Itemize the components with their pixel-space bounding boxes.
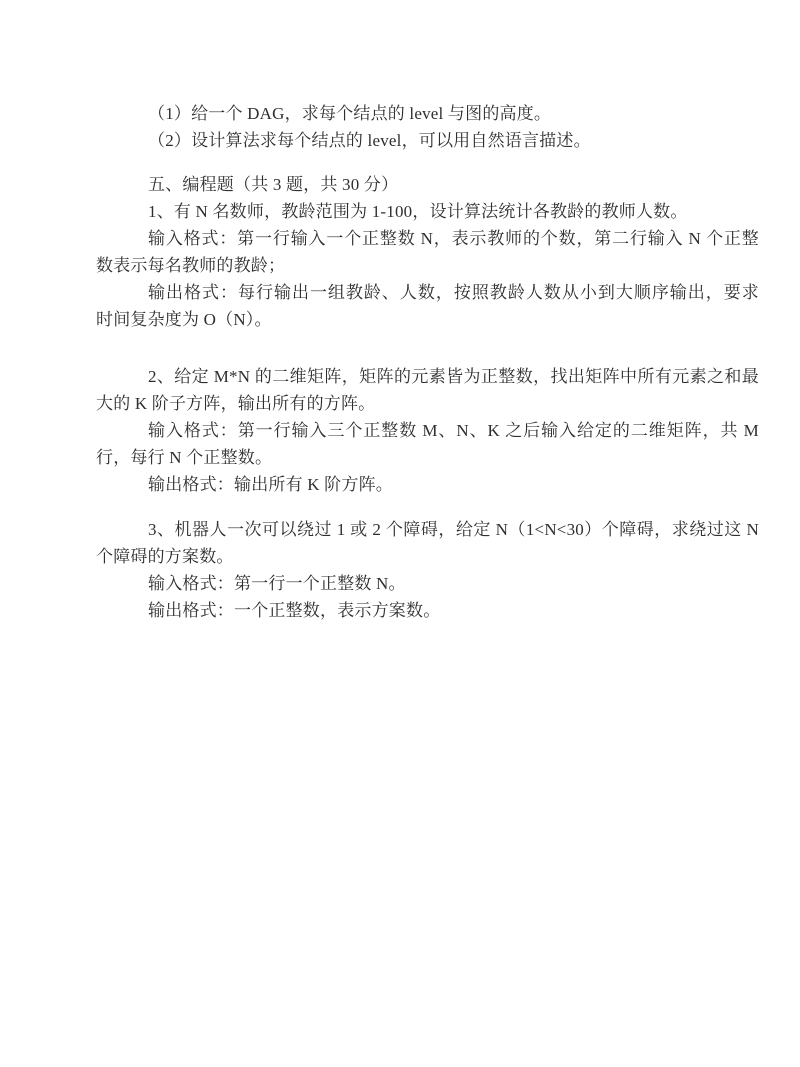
q3-line-2: 个障碍的方案数。: [96, 543, 707, 570]
q1-line-5: 时间复杂度为 O（N）。: [96, 306, 707, 333]
sub-item-1: （1）给一个 DAG，求每个结点的 level 与图的高度。: [96, 100, 759, 127]
q3-line-1: 3、机器人一次可以绕过 1 或 2 个障碍，给定 N（1<N<30）个障碍，求绕…: [96, 516, 759, 543]
q1-line-3: 数表示每名教师的教龄；: [96, 252, 707, 279]
q1-line-2: 输入格式：第一行输入一个正整数 N，表示教师的个数，第二行输入 N 个正整: [96, 225, 759, 252]
q1-line-1: 1、有 N 名数师，教龄范围为 1-100，设计算法统计各教龄的教师人数。: [96, 198, 759, 225]
q3-line-3: 输入格式：第一行一个正整数 N。: [96, 570, 759, 597]
q2-line-2: 大的 K 阶子方阵，输出所有的方阵。: [96, 390, 707, 417]
q2-line-4: 行，每行 N 个正整数。: [96, 444, 707, 471]
q2-line-5: 输出格式：输出所有 K 阶方阵。: [96, 471, 759, 498]
document-page: （1）给一个 DAG，求每个结点的 level 与图的高度。 （2）设计算法求每…: [0, 0, 800, 1067]
q2-line-3: 输入格式：第一行输入三个正整数 M、N、K 之后输入给定的二维矩阵，共 M: [96, 417, 759, 444]
q1-line-4: 输出格式：每行输出一组教龄、人数，按照教龄人数从小到大顺序输出，要求: [96, 279, 759, 306]
sub-item-2: （2）设计算法求每个结点的 level，可以用自然语言描述。: [96, 127, 759, 154]
q2-line-1: 2、给定 M*N 的二维矩阵，矩阵的元素皆为正整数，找出矩阵中所有元素之和最: [96, 363, 759, 390]
section-5-heading: 五、编程题（共 3 题，共 30 分）: [96, 171, 759, 198]
q3-line-4: 输出格式：一个正整数，表示方案数。: [96, 597, 759, 624]
